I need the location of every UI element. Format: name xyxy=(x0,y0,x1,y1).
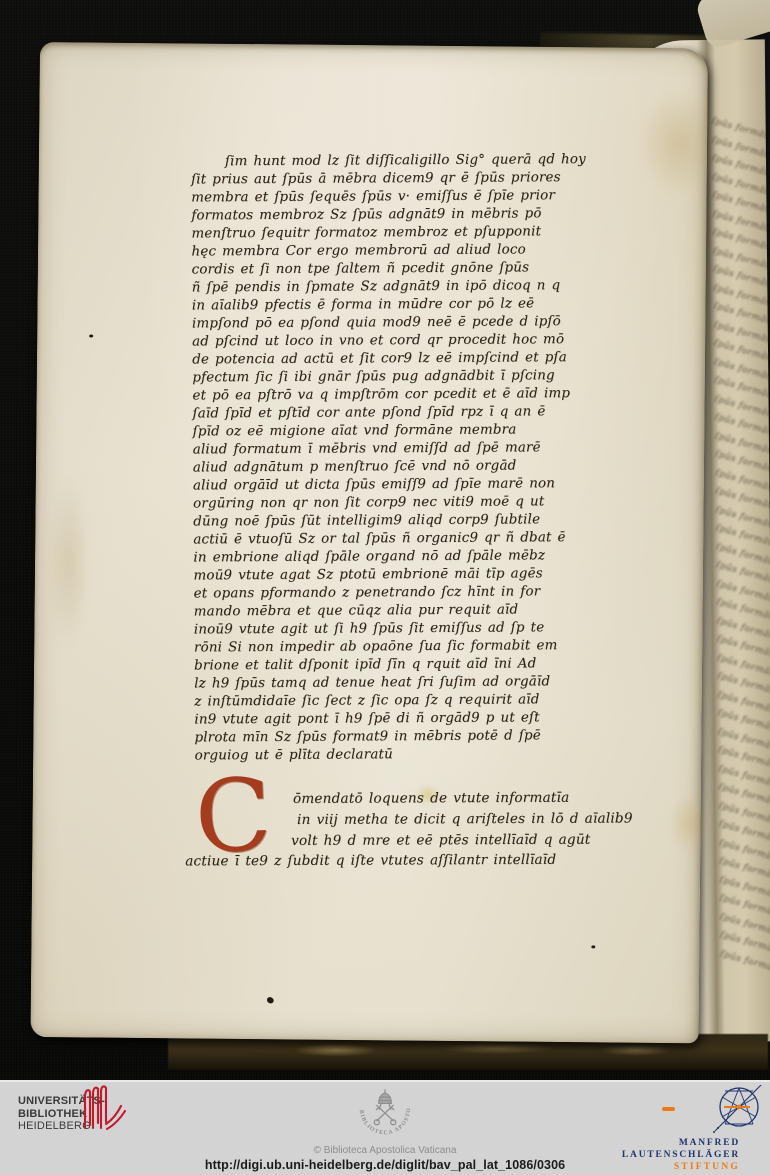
next-page-blurred-text: ſpūs formāt mēbris aīd vtute orgāīd pced… xyxy=(712,111,770,972)
manuscript-paragraph-1: ſim hunt mod lz ſit diſſicaligillo Sig° … xyxy=(191,151,667,766)
manuscript-page: ſim hunt mod lz ſit diſſicaligillo Sig° … xyxy=(30,42,708,1043)
stiftung-name-line2: LAUTENSCHLÄGER xyxy=(622,1149,740,1161)
ink-speck xyxy=(591,945,595,948)
manuscript-text-line: in viij metha te dicit q ariſteles in lō… xyxy=(297,808,633,829)
manuscript-text-line: volt h9 d mre et eē ptēs intellīaīd q ag… xyxy=(291,830,590,851)
footer-bar: UNIVERSITÄTS- BIBLIOTHEK HEIDELBERG BIBL… xyxy=(0,1080,770,1175)
manuscript-text-line: ōmendatō loquens de vtute informatīa xyxy=(293,788,570,809)
digitized-manuscript-scan: ſpūs formāt mēbris aīd vtute orgāīd pced… xyxy=(0,0,770,1175)
ink-speck xyxy=(266,996,275,1005)
stiftung-globe-icon xyxy=(710,1085,764,1135)
parchment-stain xyxy=(44,472,92,652)
manuscript-paragraph-2: C ōmendatō loquens de vtute informatīain… xyxy=(183,783,663,785)
red-initial-capital: C xyxy=(193,769,292,863)
ink-speck xyxy=(89,334,93,337)
stiftung-wordmark: MANFRED LAUTENSCHLÄGER STIFTUNG xyxy=(622,1137,740,1173)
manuscript-text-line: actiue ī te9 z ſubdit q iſte vtutes aſſi… xyxy=(185,850,556,872)
stiftung-name-line3: STIFTUNG xyxy=(622,1161,740,1173)
orange-dash-icon xyxy=(662,1107,675,1111)
stiftung-name-line1: MANFRED xyxy=(622,1137,740,1149)
vatican-seal-icon: BIBLIOTECA APOSTOLICA VATICANA xyxy=(354,1086,416,1144)
